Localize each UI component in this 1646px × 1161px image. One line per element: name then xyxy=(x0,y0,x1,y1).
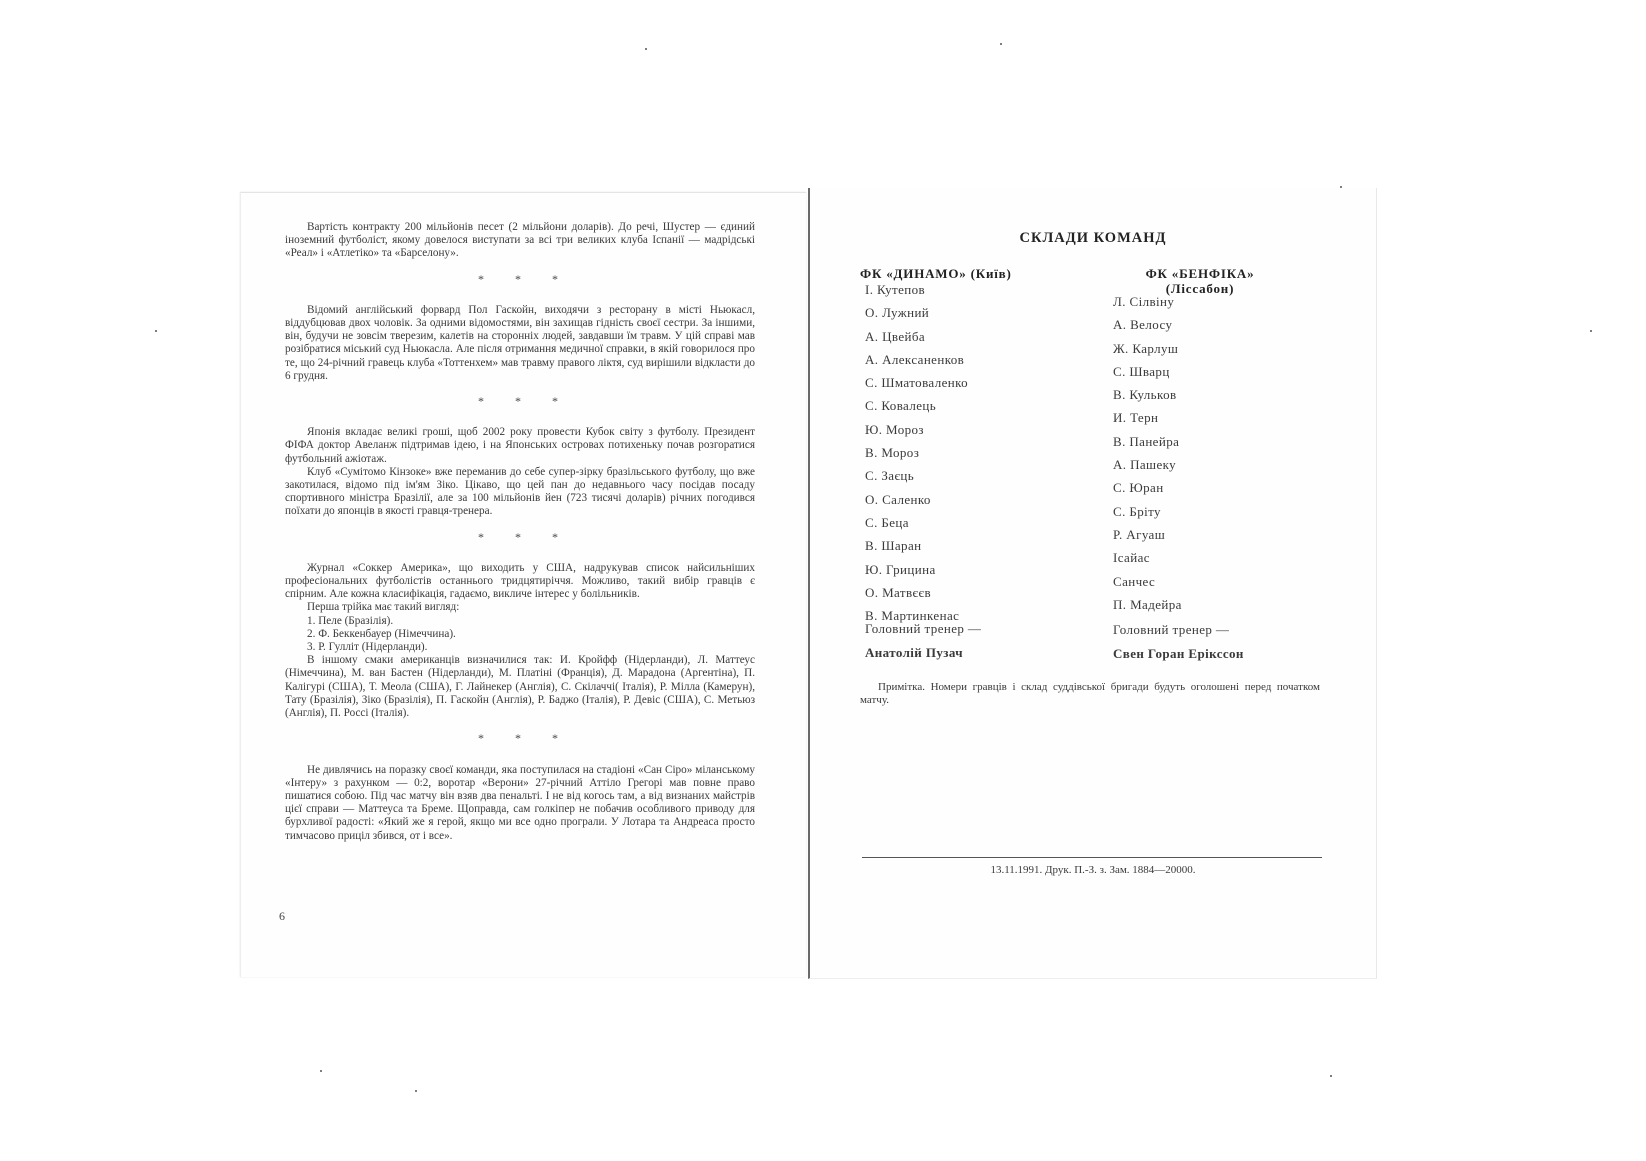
player-name: О. Саленко xyxy=(865,488,968,511)
player-name: П. Мадейра xyxy=(1113,593,1182,616)
article-paragraph: Не дивлячись на поразку своєї команди, я… xyxy=(285,764,755,843)
page-number: 6 xyxy=(279,909,285,924)
player-name: А. Цвейба xyxy=(865,325,968,348)
player-name: Ж. Карлуш xyxy=(1113,337,1182,360)
article-paragraph: Японія вкладає великі гроші, щоб 2002 ро… xyxy=(285,426,755,466)
scan-speck xyxy=(1590,330,1592,332)
player-name: В. Шаран xyxy=(865,534,968,557)
player-name: А. Велосу xyxy=(1113,313,1182,336)
imprint: 13.11.1991. Друк. П.-З. з. Зам. 1884—200… xyxy=(810,864,1376,876)
team1-player-list: І. КутеповО. ЛужнийА. ЦвейбаА. Алексанен… xyxy=(865,278,968,627)
list-line: 1. Пеле (Бразілія). xyxy=(285,615,755,628)
player-name: А. Алексаненков xyxy=(865,348,968,371)
footer-divider xyxy=(862,857,1322,858)
scan-speck xyxy=(1340,186,1342,188)
player-name: С. Бріту xyxy=(1113,500,1182,523)
player-name: Санчес xyxy=(1113,570,1182,593)
right-page: СКЛАДИ КОМАНД ФК «ДИНАМО» (Київ) ФК «БЕН… xyxy=(808,188,1377,979)
article-paragraph: Журнал «Соккер Америка», що виходить у С… xyxy=(285,562,755,602)
section-separator: * * * xyxy=(295,395,755,408)
left-page: Вартість контракту 200 мільйонів песет (… xyxy=(240,192,806,977)
player-name: В. Панейра xyxy=(1113,430,1182,453)
section-separator: * * * xyxy=(295,732,755,745)
player-name: С. Заєць xyxy=(865,464,968,487)
scan-speck xyxy=(1330,1075,1332,1077)
team2-coach-label: Головний тренер — xyxy=(1113,622,1229,638)
scan-speck xyxy=(320,1070,322,1072)
player-name: Р. Агуаш xyxy=(1113,523,1182,546)
scan-speck xyxy=(415,1090,417,1092)
page-title: СКЛАДИ КОМАНД xyxy=(810,230,1376,247)
note: Примітка. Номери гравців і склад суддівс… xyxy=(860,681,1320,706)
team1-coach-name: Анатолій Пузач xyxy=(865,645,963,661)
scan-speck xyxy=(1000,43,1002,45)
section-separator: * * * xyxy=(295,531,755,544)
scan-speck xyxy=(155,330,157,332)
player-name: С. Шварц xyxy=(1113,360,1182,383)
team2-coach-name: Свен Горан Ерікссон xyxy=(1113,646,1244,662)
player-name: В. Мороз xyxy=(865,441,968,464)
list-line: Перша трійка має такий вигляд: xyxy=(285,601,755,614)
list-line: 3. Р. Гулліт (Нідерланди). xyxy=(285,641,755,654)
team2-player-list: Л. СілвінуА. ВелосуЖ. КарлушС. ШварцВ. К… xyxy=(1113,290,1182,616)
article-paragraph: Відомий англійський форвард Пол Гаскойн,… xyxy=(285,304,755,383)
player-name: С. Беца xyxy=(865,511,968,534)
article-paragraph: Клуб «Сумітомо Кінзоке» вже переманив до… xyxy=(285,466,755,519)
player-name: В. Кульков xyxy=(1113,383,1182,406)
team2-name: ФК «БЕНФІКА» xyxy=(1100,266,1300,281)
player-name: С. Юран xyxy=(1113,476,1182,499)
player-name: О. Матвєєв xyxy=(865,581,968,604)
section-separator: * * * xyxy=(295,273,755,286)
player-name: Л. Сілвіну xyxy=(1113,290,1182,313)
team1-coach-label: Головний тренер — xyxy=(865,621,981,637)
player-name: И. Терн xyxy=(1113,406,1182,429)
article-paragraph: Вартість контракту 200 мільйонів песет (… xyxy=(285,221,755,261)
scan-speck xyxy=(645,48,647,50)
list-line: 2. Ф. Беккенбауер (Німеччина). xyxy=(285,628,755,641)
left-page-article-text: Вартість контракту 200 мільйонів песет (… xyxy=(285,221,755,843)
player-name: Ю. Мороз xyxy=(865,418,968,441)
player-name: І. Кутепов xyxy=(865,278,968,301)
article-paragraph: В іншому смаки американців визначилися т… xyxy=(285,654,755,720)
player-name: А. Пашеку xyxy=(1113,453,1182,476)
note-text: Примітка. Номери гравців і склад суддівс… xyxy=(860,681,1320,706)
player-name: С. Ковалець xyxy=(865,394,968,417)
player-name: Ю. Грицина xyxy=(865,558,968,581)
player-name: О. Лужний xyxy=(865,301,968,324)
player-name: Ісайас xyxy=(1113,546,1182,569)
player-name: С. Шматоваленко xyxy=(865,371,968,394)
